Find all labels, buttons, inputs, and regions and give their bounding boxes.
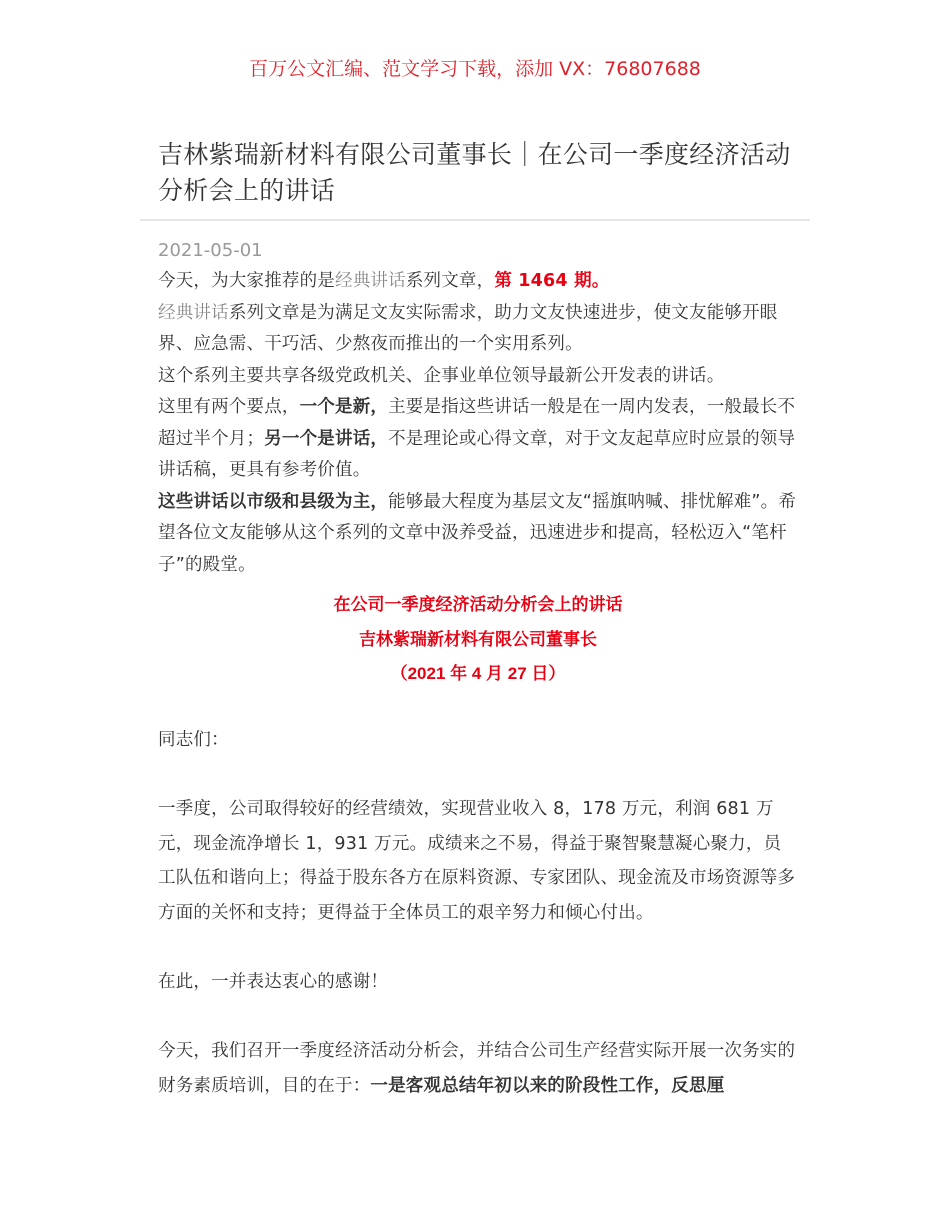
key-point-level: 这些讲话以市级和县级为主， [158, 492, 388, 512]
intro-text: 今天，为大家推荐的是 [158, 271, 335, 291]
title-divider [140, 219, 810, 221]
promo-banner: 百万公文汇编、范文学习下载，添加 VX：76807688 [0, 55, 950, 83]
intro-line-4: 这里有两个要点，一个是新，主要是指这些讲话一般是在一周内发表，一般最长不超过半个… [158, 392, 798, 487]
intro-text: 这里有两个要点， [158, 397, 300, 417]
article-title: 吉林紫瑞新材料有限公司董事长｜在公司一季度经济活动分析会上的讲话 [158, 137, 798, 209]
issue-number: 第 1464 期。 [494, 271, 609, 291]
intro-text: 系列文章， [406, 271, 495, 291]
intro-line-1: 今天，为大家推荐的是经典讲话系列文章，第 1464 期。 [158, 266, 798, 298]
key-point-new: 一个是新， [300, 397, 389, 417]
intro-line-2: 经典讲话系列文章是为满足文友实际需求，助力文友快速进步，使文友能够开眼界、应急需… [158, 298, 798, 361]
intro-text: 系列文章是为满足文友实际需求，助力文友快速进步，使文友能够开眼界、应急需、干巧活… [158, 303, 778, 355]
paragraph-thanks: 在此，一并表达衷心的感谢！ [158, 965, 798, 1000]
speech-title: 在公司一季度经济活动分析会上的讲话 [158, 588, 798, 623]
speech-speaker: 吉林紫瑞新材料有限公司董事长 [158, 623, 798, 658]
intro-line-5: 这些讲话以市级和县级为主，能够最大程度为基层文友“摇旗呐喊、排忧解难”。希望各位… [158, 487, 798, 582]
salutation: 同志们： [158, 723, 798, 758]
purpose-point-one: 一是客观总结年初以来的阶段性工作，反思厘 [370, 1076, 724, 1096]
speech-header: 在公司一季度经济活动分析会上的讲话 吉林紫瑞新材料有限公司董事长 （2021 年… [158, 588, 798, 692]
paragraph-results: 一季度，公司取得较好的经营绩效，实现营业收入 8，178 万元，利润 681 万… [158, 792, 798, 930]
series-intro: 今天，为大家推荐的是经典讲话系列文章，第 1464 期。 经典讲话系列文章是为满… [158, 266, 798, 581]
key-point-speech: 另一个是讲话， [264, 429, 388, 449]
intro-line-3: 这个系列主要共享各级党政机关、企事业单位领导最新公开发表的讲话。 [158, 361, 798, 393]
speech-date: （2021 年 4 月 27 日） [158, 657, 798, 692]
series-name: 经典讲话 [158, 303, 229, 323]
series-name: 经典讲话 [335, 271, 406, 291]
paragraph-purpose: 今天，我们召开一季度经济活动分析会，并结合公司生产经营实际开展一次务实的财务素质… [158, 1034, 798, 1103]
publish-date: 2021-05-01 [158, 238, 263, 264]
